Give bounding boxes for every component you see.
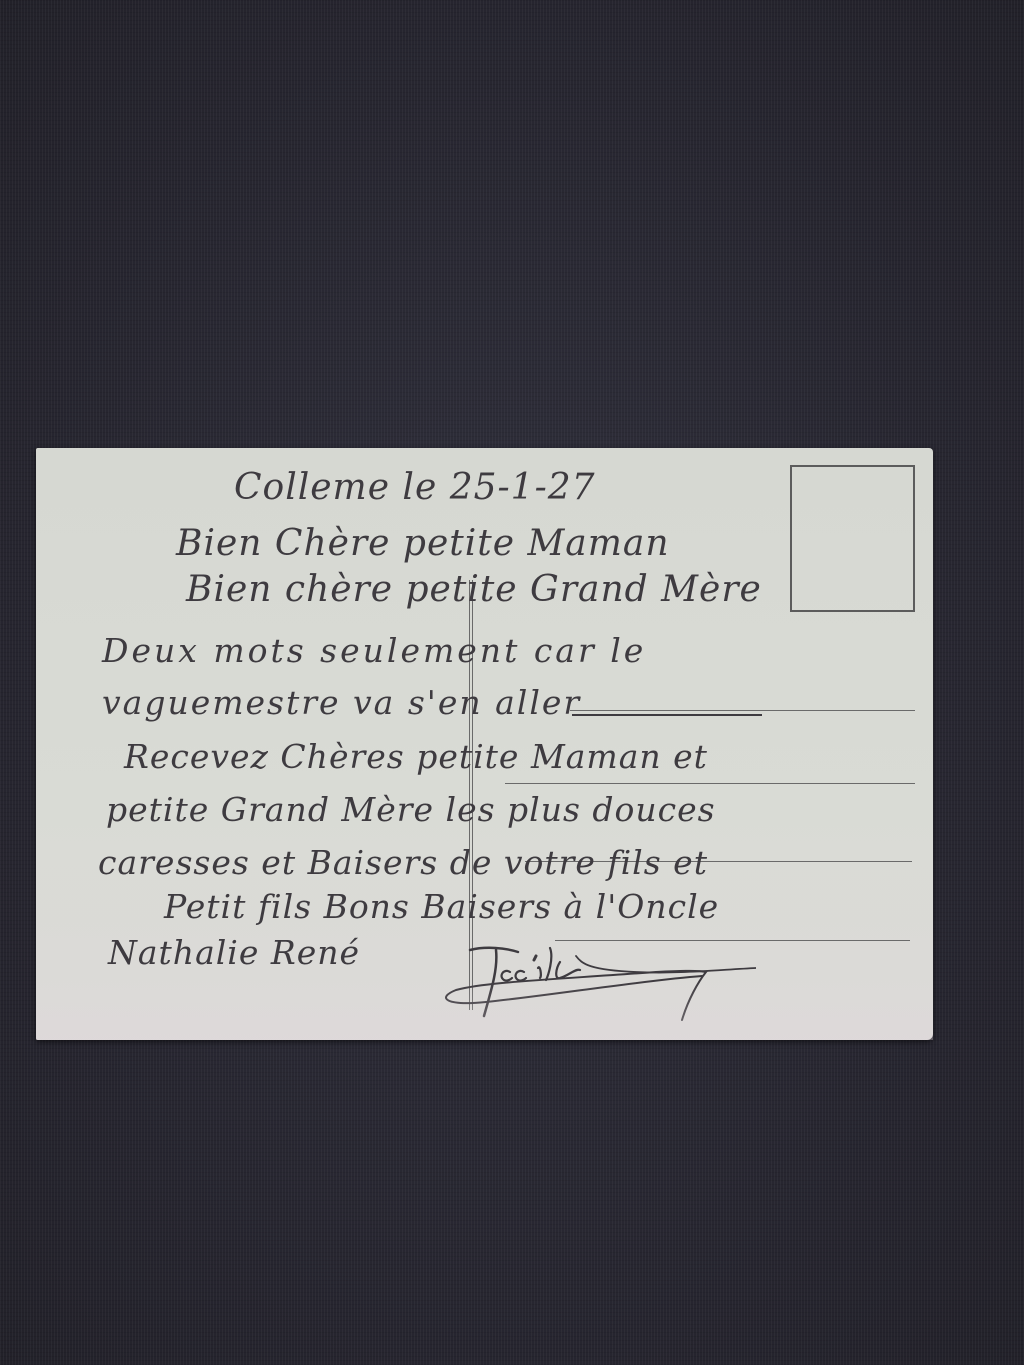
message-line-4: petite Grand Mère les plus douces: [106, 793, 716, 826]
place-date: Colleme le 25-1-27: [234, 470, 596, 506]
message-line-6: Petit fils Bons Baisers à l'Oncle: [164, 890, 719, 923]
message-line-2: vaguemestre va s'en aller: [102, 686, 581, 719]
message-line-1: Deux mots seulement car le: [102, 634, 646, 667]
salutation-mother: Bien Chère petite Maman: [176, 526, 670, 562]
message-line-7: Nathalie René: [108, 936, 360, 969]
underline-stroke: [572, 714, 762, 716]
address-line: [505, 783, 915, 784]
stamp-box: [790, 465, 915, 612]
salutation-grandmother: Bien chère petite Grand Mère: [186, 572, 762, 608]
postcard: Colleme le 25-1-27 Bien Chère petite Mam…: [36, 448, 933, 1040]
address-line: [570, 710, 915, 711]
message-line-3: Recevez Chères petite Maman et: [124, 740, 708, 773]
message-line-5: caresses et Baisers de votre fils et: [98, 846, 708, 879]
signature-flourish-icon: [426, 938, 756, 1028]
signature: [426, 938, 756, 1028]
